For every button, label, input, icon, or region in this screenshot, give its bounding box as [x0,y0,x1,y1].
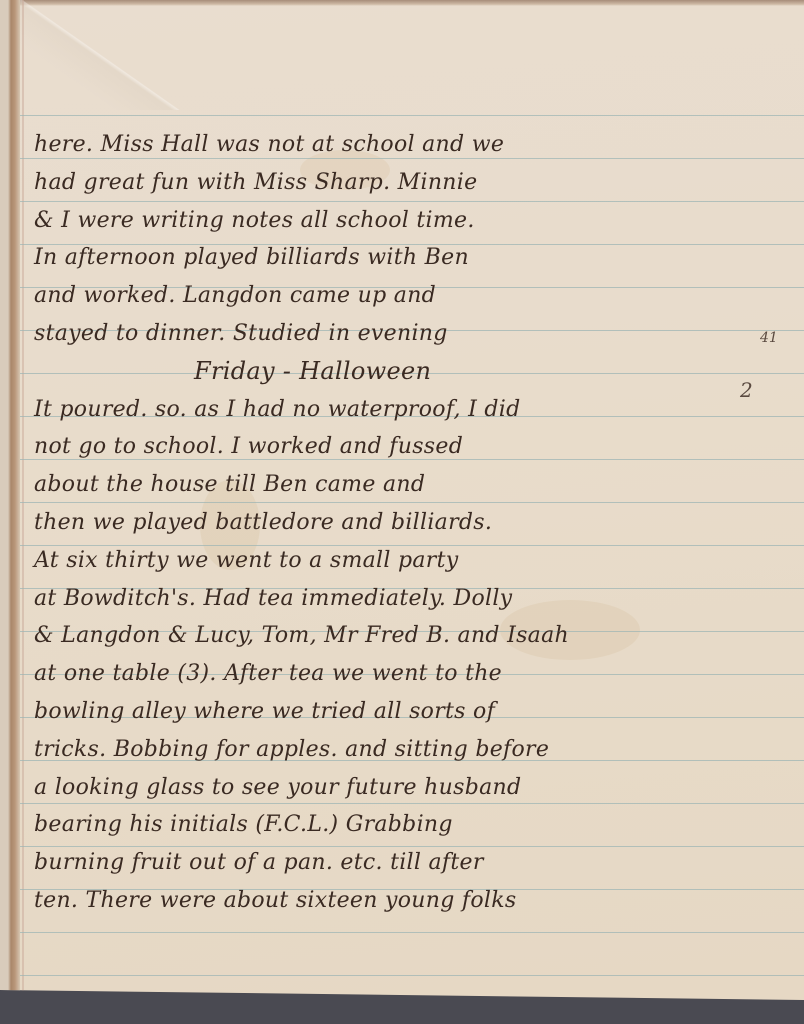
text-line: bowling alley where we tried all sorts o… [34,693,794,731]
margin-line [22,0,24,1000]
ruled-line [20,932,804,933]
text-line: and worked. Langdon came up and [34,277,794,315]
text-line: stayed to dinner. Studied in evening [34,315,794,353]
text-line: ten. There were about sixteen young folk… [34,882,794,920]
text-line: at one table (3). After tea we went to t… [34,655,794,693]
text-line: & Langdon & Lucy, Tom, Mr Fred B. and Is… [34,617,794,655]
ruled-line [20,115,804,116]
diary-page: 41 2 here. Miss Hall was not at school a… [0,0,804,1000]
text-line: a looking glass to see your future husba… [34,769,794,807]
page-top-edge [20,0,804,6]
text-line: It poured. so. as I had no waterproof, I… [34,391,794,429]
text-line: had great fun with Miss Sharp. Minnie [34,164,794,202]
text-line: at Bowditch's. Had tea immediately. Doll… [34,580,794,618]
page-corner-fold [20,0,180,110]
text-line: At six thirty we went to a small party [34,542,794,580]
text-line: about the house till Ben came and [34,466,794,504]
text-line: & I were writing notes all school time. [34,202,794,240]
text-line: here. Miss Hall was not at school and we [34,126,794,164]
entry-heading: Friday - Halloween [34,353,794,391]
handwritten-text: here. Miss Hall was not at school and we… [34,126,794,920]
text-line: tricks. Bobbing for apples. and sitting … [34,731,794,769]
text-line: bearing his initials (F.C.L.) Grabbing [34,806,794,844]
text-line: then we played battledore and billiards. [34,504,794,542]
ruled-line [20,975,804,976]
text-line: burning fruit out of a pan. etc. till af… [34,844,794,882]
text-line: not go to school. I worked and fussed [34,428,794,466]
text-line: In afternoon played billiards with Ben [34,239,794,277]
book-spine [0,0,20,1000]
